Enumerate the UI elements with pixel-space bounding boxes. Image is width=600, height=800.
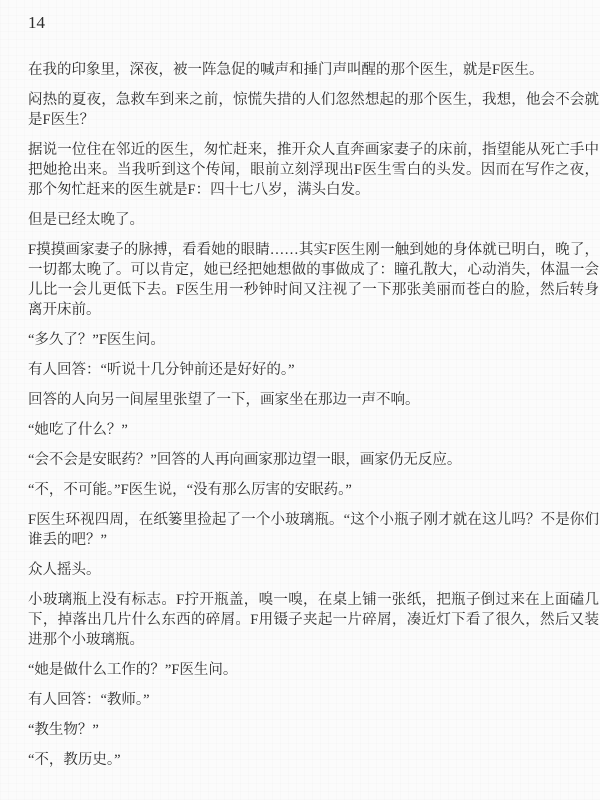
paragraph: 在我的印象里，深夜，被一阵急促的喊声和捶门声叫醒的那个医生，就是F医生。	[28, 60, 599, 80]
paragraph: “她是做什么工作的？”F医生问。	[28, 660, 599, 680]
paragraph: 众人摇头。	[28, 560, 599, 580]
paragraph: F医生环视四周，在纸篓里捡起了一个小玻璃瓶。“这个小瓶子刚才就在这儿吗？不是你们…	[28, 510, 599, 550]
paragraph: 回答的人向另一间屋里张望了一下，画家坐在那边一声不响。	[28, 390, 599, 410]
page-content: 在我的印象里，深夜，被一阵急促的喊声和捶门声叫醒的那个医生，就是F医生。 闷热的…	[28, 60, 600, 770]
paragraph: “会不会是安眠药？”回答的人再向画家那边望一眼，画家仍无反应。	[28, 450, 599, 470]
paragraph: 据说一位住在邻近的医生，匆忙赶来，推开众人直奔画家妻子的床前，指望能从死亡手中把…	[28, 140, 599, 200]
paragraph: “多久了？”F医生问。	[28, 330, 599, 350]
document-page: 14 在我的印象里，深夜，被一阵急促的喊声和捶门声叫醒的那个医生，就是F医生。 …	[0, 0, 600, 800]
paragraph: “不，教历史。”	[28, 750, 599, 770]
paragraph: “她吃了什么？”	[28, 420, 599, 440]
page-number: 14	[28, 13, 600, 33]
paragraph: 有人回答：“教师。”	[28, 690, 599, 710]
paragraph: F摸摸画家妻子的脉搏，看看她的眼睛……其实F医生刚一触到她的身体就已明白，晚了，…	[28, 240, 599, 320]
paragraph: “教生物？”	[28, 720, 599, 740]
paragraph: 闷热的夏夜，急救车到来之前，惊慌失措的人们忽然想起的那个医生，我想，他会不会就是…	[28, 90, 599, 130]
paragraph: 但是已经太晚了。	[28, 210, 599, 230]
paragraph: 有人回答：“听说十几分钟前还是好好的。”	[28, 360, 599, 380]
paragraph: “不，不可能。”F医生说，“没有那么厉害的安眠药。”	[28, 480, 599, 500]
paragraph: 小玻璃瓶上没有标志。F拧开瓶盖，嗅一嗅，在桌上铺一张纸，把瓶子倒过来在上面磕几下…	[28, 590, 599, 650]
